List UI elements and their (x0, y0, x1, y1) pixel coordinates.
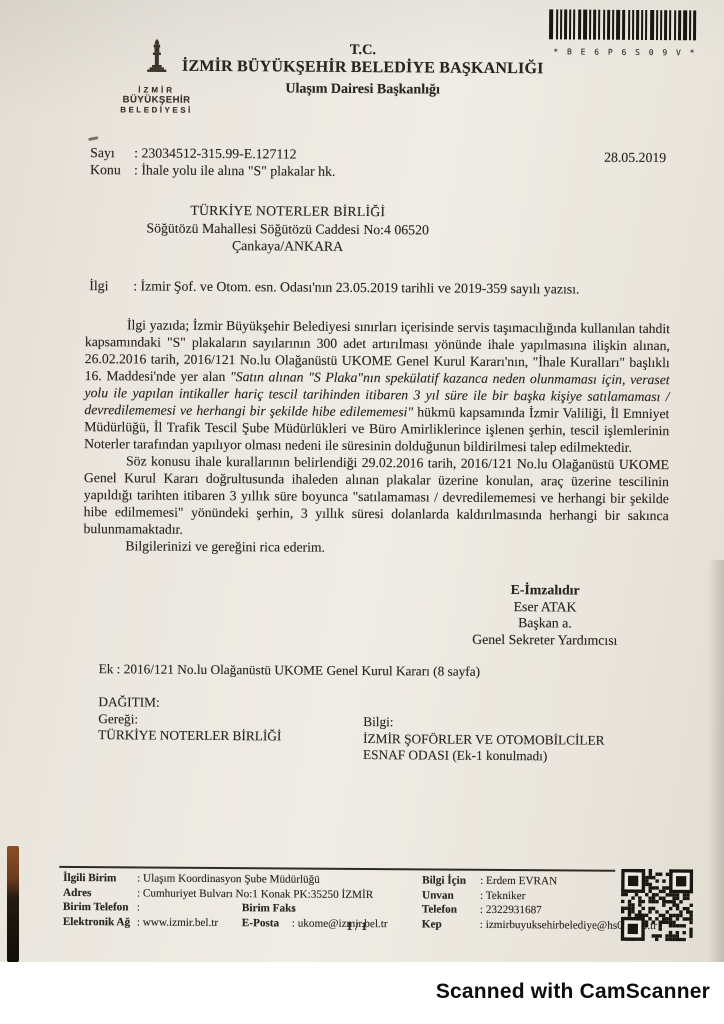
footer-label-birim-telefon: Birim Telefon (63, 900, 137, 915)
footer-label-elektronik-ag: Elektronik Ağ (63, 914, 137, 929)
footer-label-kep: Kep (422, 917, 480, 932)
footer-label-eposta: E-Posta (242, 916, 292, 931)
letter-content: * B E 6 P 6 S 0 9 V * İZMİR BÜYÜKŞEHİR (0, 0, 724, 965)
sayi-label: Sayı (90, 144, 134, 161)
letterhead: T.C. İZMİR BÜYÜKŞEHİR BELEDİYE BAŞKANLIĞ… (73, 0, 654, 112)
recipient-address-line2: Çankaya/ANKARA (62, 236, 514, 257)
scanned-paper: * B E 6 P 6 S 0 9 V * İZMİR BÜYÜKŞEHİR (0, 0, 724, 962)
letter-body: İlgi yazıda; İzmir Büyükşehir Belediyesi… (83, 316, 670, 558)
konu-value: : İhale yolu ile alına "S" plakalar hk. (134, 161, 335, 179)
distribution-bilgi-label: Bilgi: (363, 714, 605, 732)
konu-label: Konu (90, 161, 134, 178)
signature-block: E-İmzalıdır Eser ATAK Başkan a. Genel Se… (429, 581, 661, 649)
distribution-bilgi-line2: ESNAF ODASI (Ek-1 konulmadı) (363, 747, 605, 765)
distribution-info-block: Bilgi: İZMİR ŞOFÖRLER VE OTOMOBİLCİLER E… (363, 714, 605, 765)
body-paragraph-2: Söz konusu ihale kurallarının belirlendi… (84, 452, 670, 541)
distribution-geregi-value: TÜRKİYE NOTERLER BİRLİĞİ (98, 727, 281, 745)
attachment-line: Ek : 2016/121 No.lu Olağanüstü UKOME Gen… (99, 661, 481, 680)
page-number: 1 / 1 (327, 921, 387, 933)
footer-value-ilgili-birim: : Ulaşım Koordinasyon Şube Müdürlüğü (137, 871, 320, 887)
reference-row: İlgi : İzmir Şof. ve Otom. esn. Odası'nı… (89, 278, 669, 298)
distribution-title: DAĞITIM: (98, 694, 281, 712)
footer-value-telefon: : 2322931687 (480, 903, 542, 918)
document-date: 28.05.2019 (554, 149, 666, 166)
reference-text: : İzmir Şof. ve Otom. esn. Odası'nın 23.… (133, 278, 579, 297)
konu-row: Konu : İhale yolu ile alına "S" plakalar… (90, 161, 335, 180)
distribution-block: DAĞITIM: Gereği: TÜRKİYE NOTERLER BİRLİĞ… (98, 694, 282, 745)
camscanner-watermark: Scanned with CamScanner (436, 980, 710, 1004)
closing-sentence: Bilgilerinizi ve gereğini rica ederim. (83, 537, 668, 558)
footer-label-ilgili-birim: İlgili Birim (63, 871, 137, 886)
footer-label-unvan: Unvan (422, 888, 480, 903)
footer-value-unvan: : Tekniker (480, 888, 525, 903)
recipient-block: TÜRKİYE NOTERLER BİRLİĞİ Söğütözü Mahall… (62, 201, 514, 257)
sayi-row: Sayı : 23034512-315.99-E.127112 (90, 144, 335, 163)
body-paragraph-1: İlgi yazıda; İzmir Büyükşehir Belediyesi… (84, 316, 670, 456)
distribution-geregi-label: Gereği: (98, 711, 281, 729)
footer-label-adres: Adres (63, 885, 137, 900)
qr-code (621, 869, 694, 942)
camscanner-strip: Scanned with CamScanner (0, 962, 724, 1024)
footer-value-bilgi-icin: : Erdem EVRAN (480, 874, 557, 889)
signer-title-1: Başkan a. (429, 614, 661, 632)
footer-value-adres: : Cumhuriyet Bulvarı No:1 Konak PK:35250… (137, 886, 373, 902)
distribution-bilgi-line1: İZMİR ŞOFÖRLER VE OTOMOBİLCİLER (363, 731, 605, 749)
sayi-value: : 23034512-315.99-E.127112 (134, 144, 296, 162)
footer-row-birim-faks: Birim Faks : (242, 901, 422, 917)
scanned-letter-page: { "barcode": { "code": "* B E 6 P 6 S 0 … (0, 0, 724, 1024)
footer-value-birim-telefon: : (137, 900, 140, 915)
footer-label-telefon: Telefon (422, 902, 480, 917)
signer-name: Eser ATAK (429, 598, 661, 616)
reference-label: İlgi (89, 278, 133, 294)
footer-label-bilgi-icin: Bilgi İçin (422, 873, 480, 888)
footer-value-birim-faks: : (292, 902, 295, 917)
footer-label-birim-faks: Birim Faks (242, 901, 292, 916)
document-meta: Sayı : 23034512-315.99-E.127112 Konu : İ… (90, 144, 336, 180)
letterhead-subtitle: Ulaşım Dairesi Başkanlığı (73, 80, 653, 100)
esignature-note: E-İmzalıdır (429, 581, 661, 599)
scan-edge-artifact (7, 846, 19, 962)
signer-title-2: Genel Sekreter Yardımcısı (429, 631, 661, 649)
footer-value-elektronik-ag: : www.izmir.bel.tr (137, 915, 218, 930)
letterhead-title: İZMİR BÜYÜKŞEHİR BELEDİYE BAŞKANLIĞI (73, 57, 653, 79)
pen-mark (88, 136, 98, 141)
